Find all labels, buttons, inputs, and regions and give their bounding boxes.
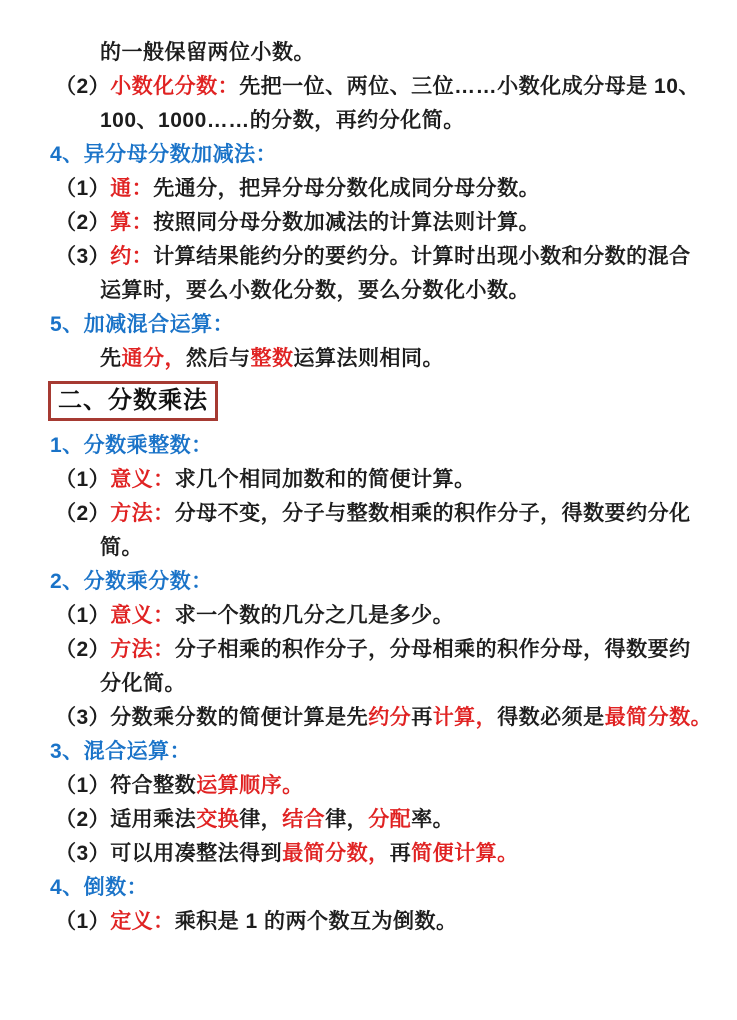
- text-line: （1）意义：求一个数的几分之几是多少。: [0, 599, 737, 633]
- chapter-title-line: 二、分数乘法: [0, 381, 737, 421]
- body-text: 分化简。: [100, 672, 186, 695]
- emphasis-text: 约：: [110, 245, 153, 268]
- body-text: 运算时，要么小数化分数，要么分数化小数。: [100, 279, 530, 302]
- emphasis-text: 小数化分数：: [110, 75, 239, 98]
- body-text: （2）: [55, 808, 110, 831]
- emphasis-text: 方法：: [110, 638, 175, 661]
- heading-text: 4、倒数：: [50, 876, 148, 899]
- heading-text: 3、混合运算：: [50, 740, 191, 763]
- body-text: （1）: [55, 468, 110, 491]
- emphasis-text: 整数: [251, 347, 294, 370]
- body-text: （2）: [55, 211, 110, 234]
- emphasis-text: 通：: [110, 177, 153, 200]
- text-line: （3）可以用凑整法得到最简分数，再简便计算。: [0, 837, 737, 871]
- heading-text: 1、分数乘整数：: [50, 434, 213, 457]
- emphasis-text: 方法：: [110, 502, 175, 525]
- document-content: 的一般保留两位小数。（2）小数化分数：先把一位、两位、三位……小数化成分母是 1…: [0, 36, 737, 939]
- body-text: 先: [100, 347, 122, 370]
- heading-text: 5、加减混合运算：: [50, 313, 234, 336]
- body-text: （3）: [55, 245, 110, 268]
- chapter-title-box: 二、分数乘法: [48, 381, 218, 421]
- body-text: 得数必须是: [497, 706, 605, 729]
- body-text: 可以用凑整法得到: [110, 842, 282, 865]
- section-heading: 2、分数乘分数：: [0, 565, 737, 599]
- text-line: （3）约：计算结果能约分的要约分。计算时出现小数和分数的混合: [0, 240, 737, 274]
- body-text: （2）: [55, 75, 110, 98]
- body-text: 计算结果能约分的要约分。计算时出现小数和分数的混合: [153, 245, 691, 268]
- document-page: 的一般保留两位小数。（2）小数化分数：先把一位、两位、三位……小数化成分母是 1…: [0, 0, 737, 1020]
- text-line: 的一般保留两位小数。: [0, 36, 737, 70]
- body-text: 再: [390, 842, 412, 865]
- body-text: 求几个相同加数和的简便计算。: [175, 468, 476, 491]
- heading-text: 2、分数乘分数：: [50, 570, 213, 593]
- body-text: 适用乘法: [110, 808, 196, 831]
- body-text: 的一般保留两位小数。: [100, 41, 315, 64]
- body-text: （2）: [55, 638, 110, 661]
- emphasis-text: 分配: [368, 808, 411, 831]
- body-text: （2）: [55, 502, 110, 525]
- body-text: 先把一位、两位、三位……小数化成分母是 10、: [239, 75, 700, 98]
- emphasis-text: 交换: [196, 808, 239, 831]
- body-text: 律，: [325, 808, 368, 831]
- text-line: （1）通：先通分，把异分母分数化成同分母分数。: [0, 172, 737, 206]
- body-text: （1）: [55, 177, 110, 200]
- body-text: （3）: [55, 842, 110, 865]
- emphasis-text: 通分，: [122, 347, 187, 370]
- body-text: 分数乘分数的简便计算是先: [110, 706, 368, 729]
- text-line: （2）适用乘法交换律，结合律，分配率。: [0, 803, 737, 837]
- text-line: 先通分，然后与整数运算法则相同。: [0, 342, 737, 376]
- text-line: （3）分数乘分数的简便计算是先约分再计算，得数必须是最简分数。: [0, 701, 737, 735]
- emphasis-text: 结合: [282, 808, 325, 831]
- body-text: 率。: [411, 808, 454, 831]
- emphasis-text: 简便计算。: [411, 842, 519, 865]
- emphasis-text: 算：: [110, 211, 153, 234]
- text-line: （1）符合整数运算顺序。: [0, 769, 737, 803]
- text-line: （1）意义：求几个相同加数和的简便计算。: [0, 463, 737, 497]
- body-text: 求一个数的几分之几是多少。: [175, 604, 455, 627]
- text-line: （2）方法：分母不变，分子与整数相乘的积作分子，得数要约分化: [0, 497, 737, 531]
- body-text: （1）: [55, 910, 110, 933]
- section-heading: 4、异分母分数加减法：: [0, 138, 737, 172]
- text-line: 100、1000……的分数，再约分化简。: [0, 104, 737, 138]
- emphasis-text: 计算，: [433, 706, 498, 729]
- heading-text: 4、异分母分数加减法：: [50, 143, 277, 166]
- emphasis-text: 最简分数。: [605, 706, 713, 729]
- text-line: 分化简。: [0, 667, 737, 701]
- emphasis-text: 约分: [368, 706, 411, 729]
- text-line: （2）方法：分子相乘的积作分子，分母相乘的积作分母，得数要约: [0, 633, 737, 667]
- section-heading: 4、倒数：: [0, 871, 737, 905]
- text-line: 运算时，要么小数化分数，要么分数化小数。: [0, 274, 737, 308]
- body-text: 分母不变，分子与整数相乘的积作分子，得数要约分化: [175, 502, 691, 525]
- text-line: （2）小数化分数：先把一位、两位、三位……小数化成分母是 10、: [0, 70, 737, 104]
- body-text: 100、1000……的分数，再约分化简。: [100, 109, 465, 132]
- body-text: 然后与: [186, 347, 251, 370]
- section-heading: 3、混合运算：: [0, 735, 737, 769]
- emphasis-text: 运算顺序。: [196, 774, 304, 797]
- emphasis-text: 意义：: [110, 604, 175, 627]
- text-line: （2）算：按照同分母分数加减法的计算法则计算。: [0, 206, 737, 240]
- section-heading: 5、加减混合运算：: [0, 308, 737, 342]
- body-text: 简。: [100, 536, 143, 559]
- emphasis-text: 意义：: [110, 468, 175, 491]
- body-text: 符合整数: [110, 774, 196, 797]
- body-text: 先通分，把异分母分数化成同分母分数。: [153, 177, 540, 200]
- emphasis-text: 最简分数，: [282, 842, 390, 865]
- body-text: 运算法则相同。: [294, 347, 445, 370]
- body-text: 律，: [239, 808, 282, 831]
- section-heading: 1、分数乘整数：: [0, 429, 737, 463]
- body-text: （1）: [55, 604, 110, 627]
- text-line: 简。: [0, 531, 737, 565]
- body-text: 分子相乘的积作分子，分母相乘的积作分母，得数要约: [175, 638, 691, 661]
- body-text: （1）: [55, 774, 110, 797]
- body-text: 乘积是 1 的两个数互为倒数。: [175, 910, 458, 933]
- body-text: （3）: [55, 706, 110, 729]
- body-text: 再: [411, 706, 433, 729]
- emphasis-text: 定义：: [110, 910, 175, 933]
- text-line: （1）定义：乘积是 1 的两个数互为倒数。: [0, 905, 737, 939]
- body-text: 按照同分母分数加减法的计算法则计算。: [153, 211, 540, 234]
